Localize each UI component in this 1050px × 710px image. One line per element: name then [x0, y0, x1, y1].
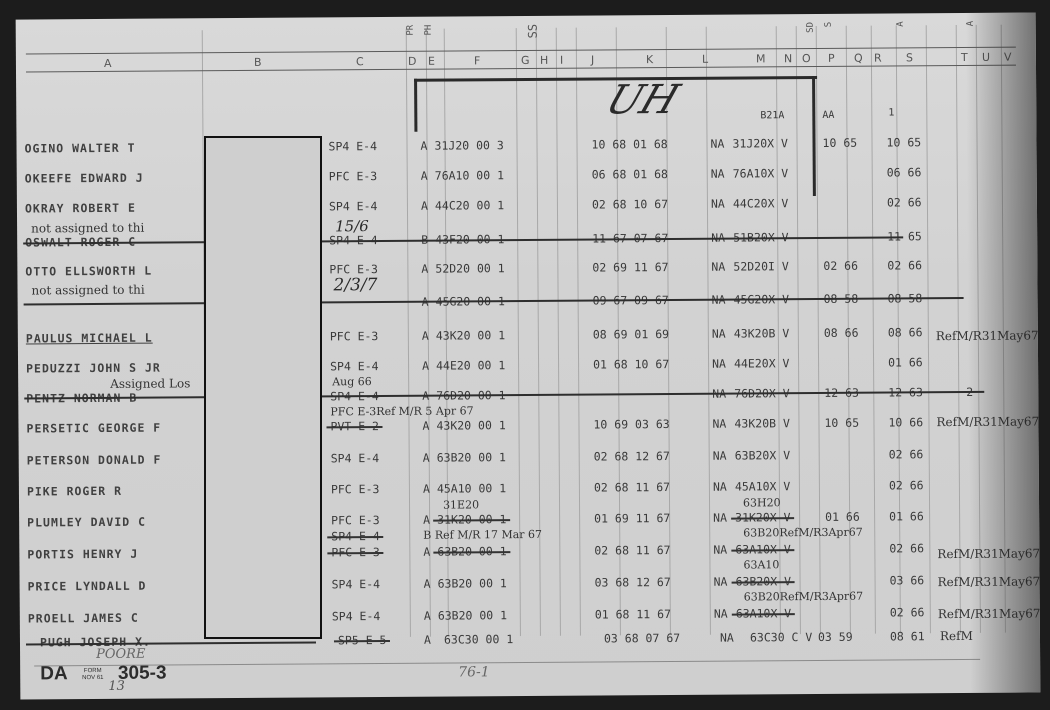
dates: 02 68 11 67 [594, 543, 670, 558]
soldier-name: OKRAY ROBERT E [25, 201, 136, 216]
grade-old: SP4 E-4 [331, 529, 380, 543]
grade: PFC E-3 [331, 482, 380, 496]
date-r: 08 61 [890, 629, 925, 643]
mos-secondary: 63A10X V [735, 542, 790, 556]
form-label: DA FORM NOV 61 305-3 [40, 663, 166, 686]
column-header-e: E [428, 55, 435, 68]
grade: SP5 E-5 [338, 633, 387, 647]
dates: 01 68 10 67 [593, 357, 669, 372]
column-header-t: T [961, 51, 968, 64]
mos: 52D20 00 1 [435, 261, 504, 275]
redaction-box [204, 136, 322, 639]
reference-note: RefM/R31May67 [938, 574, 1041, 589]
grade: PFC E-3 [331, 513, 380, 527]
soldier-name: PLUMLEY DAVID C [27, 515, 146, 530]
handwritten-name: POORE [96, 647, 145, 662]
column-header-u: U [982, 51, 990, 64]
mos-secondary: 76A10X V [733, 166, 788, 180]
column-sublabel: PR [406, 25, 416, 36]
column-header-s: S [906, 51, 913, 64]
date-r: 02 66 [889, 478, 924, 492]
column-header-a: A [104, 57, 112, 70]
component: A [423, 545, 430, 559]
component: A [423, 482, 430, 496]
column-sublabel: S [824, 22, 834, 27]
soldier-name: OKEEFE EDWARD J [25, 171, 144, 186]
dates: 02 68 11 67 [594, 480, 670, 495]
na-code: NA [720, 631, 734, 645]
reference-note: RefM/R31May67 [938, 606, 1041, 621]
grade: SP4 E-4 [332, 609, 381, 623]
date-p: 02 66 [823, 259, 858, 273]
column-header-g: G [521, 54, 530, 67]
top-value-m: B21A [760, 110, 784, 121]
column-header-k: K [646, 53, 653, 66]
mos-secondary: 31J20X V [732, 136, 787, 150]
soldier-name: OTTO ELLSWORTH L [25, 264, 152, 279]
mos-secondary: 63B20X V [736, 574, 791, 588]
dates: 08 69 01 69 [593, 327, 669, 342]
column-header-q: Q [854, 52, 863, 65]
component: A [421, 262, 428, 276]
soldier-name: PORTIS HENRY J [27, 547, 138, 562]
column-header-n: N [784, 52, 792, 65]
grade: SP4 E-4 [331, 451, 380, 465]
mos: 63C30 00 1 [444, 632, 513, 646]
date-r: 10 66 [888, 415, 923, 429]
dates: 01 68 11 67 [595, 607, 671, 622]
dates: 02 68 10 67 [592, 197, 668, 212]
mos: 44C20 00 1 [435, 198, 504, 212]
mos: 63B20 00 1 [437, 544, 506, 558]
date-r: 02 66 [889, 541, 924, 555]
soldier-name: OGINO WALTER T [24, 141, 135, 156]
form-number: 305-3 [118, 663, 167, 684]
mos: 43K20 00 1 [436, 418, 505, 432]
na-code: NA [712, 417, 726, 431]
handwritten-page-mark: 76-1 [458, 664, 490, 680]
column-header-i: I [560, 54, 563, 67]
date-r: 02 66 [890, 605, 925, 619]
date-r: 10 65 [886, 135, 921, 149]
grade: PFC E-3 [330, 329, 379, 343]
mos-secondary-correction: 63A10 [743, 558, 779, 571]
na-code: NA [710, 137, 724, 151]
mos-secondary: 44E20X V [734, 356, 789, 370]
mos: 63B20 00 1 [438, 608, 507, 622]
dates: 02 69 11 67 [592, 260, 668, 275]
na-code: NA [713, 543, 727, 557]
soldier-name: PETERSON DONALD F [27, 453, 162, 468]
handwritten-date: 2/3/7 [333, 275, 377, 295]
grade: PVT E-2 [330, 419, 379, 433]
soldier-name: PEDUZZI JOHN S JR [26, 361, 161, 376]
mos-correction: 31E20 [443, 498, 479, 511]
grade: PFC E-3 [329, 169, 378, 183]
column-header-c: C [356, 55, 364, 68]
roster-sheet: PR PH SS SD S A A A B C D E F G H I J K … [16, 12, 1041, 699]
column-header-d: D [408, 55, 417, 68]
top-value-o: AA [822, 110, 834, 121]
mos-secondary: 43K20B V [734, 326, 789, 340]
na-code: NA [714, 575, 728, 589]
mos: 45A10 00 1 [437, 481, 506, 495]
mos-secondary-correction: 63B20RefM/R3Apr67 [744, 590, 864, 604]
mos-secondary: 63C30 C V [750, 630, 812, 644]
grade: SP4 E-4 [330, 359, 379, 373]
reference-note: RefM [940, 629, 973, 643]
date-r: 01 66 [888, 355, 923, 369]
na-code: NA [713, 449, 727, 463]
date-p: 01 66 [825, 510, 860, 524]
form-prefix: DA [40, 663, 68, 684]
mos: 44E20 00 1 [436, 358, 505, 372]
column-header-m: M [756, 52, 766, 65]
date-r: 08 66 [888, 325, 923, 339]
dates: 03 68 07 67 [604, 631, 680, 646]
mos: 63B20 00 1 [438, 576, 507, 590]
annotation-note: Assigned Los [110, 376, 190, 391]
date-r: 02 66 [887, 258, 922, 272]
column-header-r: R [874, 52, 882, 65]
mos: 63B20 00 1 [437, 450, 506, 464]
date-r: 02 66 [887, 195, 922, 209]
mos: 76A10 00 1 [435, 168, 504, 182]
date-p: 08 66 [824, 326, 859, 340]
column-header-l: L [702, 53, 708, 66]
dates: 02 68 12 67 [594, 449, 670, 464]
component: A [421, 169, 428, 183]
component: A [424, 609, 431, 623]
date-r: 01 66 [889, 509, 924, 523]
column-header-f: F [474, 54, 480, 67]
date-r: 06 66 [887, 165, 922, 179]
column-sublabel: A [896, 21, 906, 26]
component: A [424, 577, 431, 591]
mos: 31K20 00 1 [437, 512, 506, 526]
mos-secondary-correction: 63B20RefM/R3Apr67 [743, 526, 863, 540]
form-small-label-1: FORM [84, 668, 102, 674]
component: A [422, 329, 429, 343]
column-sublabel: SS [526, 24, 540, 39]
component: A [424, 633, 431, 647]
component: A [420, 139, 427, 153]
na-code: NA [714, 607, 728, 621]
date-r: 03 66 [890, 573, 925, 587]
annotation-note: not assigned to thi [31, 221, 144, 236]
table-row: PERSETIC GEORGE F PVT E-2 A 43K20 00 1 1… [18, 414, 1038, 451]
na-code: NA [712, 327, 726, 341]
na-code: NA [711, 260, 725, 274]
grade: PFC E-3 [331, 545, 380, 559]
component: A [423, 451, 430, 465]
component: A [421, 199, 428, 213]
na-code: NA [713, 480, 727, 494]
mos-secondary: 31K20X V [735, 510, 790, 524]
column-header-h: H [540, 54, 548, 67]
handwritten-date: Aug 66 [332, 375, 372, 388]
mos-secondary: 63A10X V [736, 606, 791, 620]
mos-secondary: 52D20I V [733, 259, 788, 273]
soldier-name: PAULUS MICHAEL L [26, 331, 153, 346]
top-value-r: 1 [888, 107, 894, 118]
mos: 31J20 00 3 [434, 138, 503, 152]
dates: 01 69 11 67 [594, 511, 670, 526]
component: A [422, 359, 429, 373]
mos-correction: B Ref M/R 17 Mar 67 [423, 528, 542, 542]
mos-secondary-correction: 63H20 [743, 496, 781, 509]
column-header-v: V [1004, 51, 1012, 64]
date-p: 10 65 [822, 136, 857, 150]
grade-correction: PFC E-3Ref M/R 5 Apr 67 [330, 404, 473, 418]
dates: 10 69 03 63 [593, 417, 669, 432]
column-header-o: O [802, 52, 811, 65]
mos-secondary: 43K20B V [734, 416, 789, 430]
column-header-b: B [254, 56, 262, 69]
annotation-note: not assigned to thi [31, 283, 144, 298]
table-row: A 45G20 00 1 09 67 09 67 NA 45G20X V 08 … [18, 290, 1038, 327]
handwritten-page-number: 13 [108, 679, 125, 694]
column-header-p: P [828, 52, 835, 65]
soldier-name: PRICE LYNDALL D [28, 579, 147, 594]
dates: 06 68 01 68 [592, 167, 668, 182]
mos: 43K20 00 1 [436, 328, 505, 342]
column-sublabel: PH [424, 25, 434, 36]
grade: SP4 E-4 [329, 199, 378, 213]
mos-secondary: 44C20X V [733, 196, 788, 210]
date-p: 03 59 [818, 630, 853, 644]
column-header-j: J [591, 54, 594, 67]
na-code: NA [711, 197, 725, 211]
grade: SP4 E-4 [332, 577, 381, 591]
mos-secondary: 63B20X V [735, 448, 790, 462]
soldier-name: PROELL JAMES C [28, 611, 139, 626]
soldier-name: PERSETIC GEORGE F [26, 421, 161, 436]
component: A [422, 419, 429, 433]
form-small-label-2: NOV 61 [82, 675, 103, 681]
column-sublabel: A [966, 21, 976, 26]
grade: SP4 E-4 [328, 139, 377, 153]
soldier-name: PIKE ROGER R [27, 484, 122, 499]
date-p: 10 65 [824, 416, 859, 430]
dates: 03 68 12 67 [595, 575, 671, 590]
mos-secondary: 45A10X V [735, 479, 790, 493]
na-code: NA [712, 357, 726, 371]
na-code: NA [711, 167, 725, 181]
date-r: 02 66 [889, 447, 924, 461]
column-sublabel: SD [806, 22, 816, 33]
dates: 10 68 01 68 [591, 137, 667, 152]
reference-note: RefM/R31May67 [936, 328, 1039, 343]
reference-note: RefM/R31May67 [936, 414, 1039, 429]
na-code: NA [713, 511, 727, 525]
form-small-label: FORM NOV 61 [82, 668, 103, 682]
component: A [423, 513, 430, 527]
